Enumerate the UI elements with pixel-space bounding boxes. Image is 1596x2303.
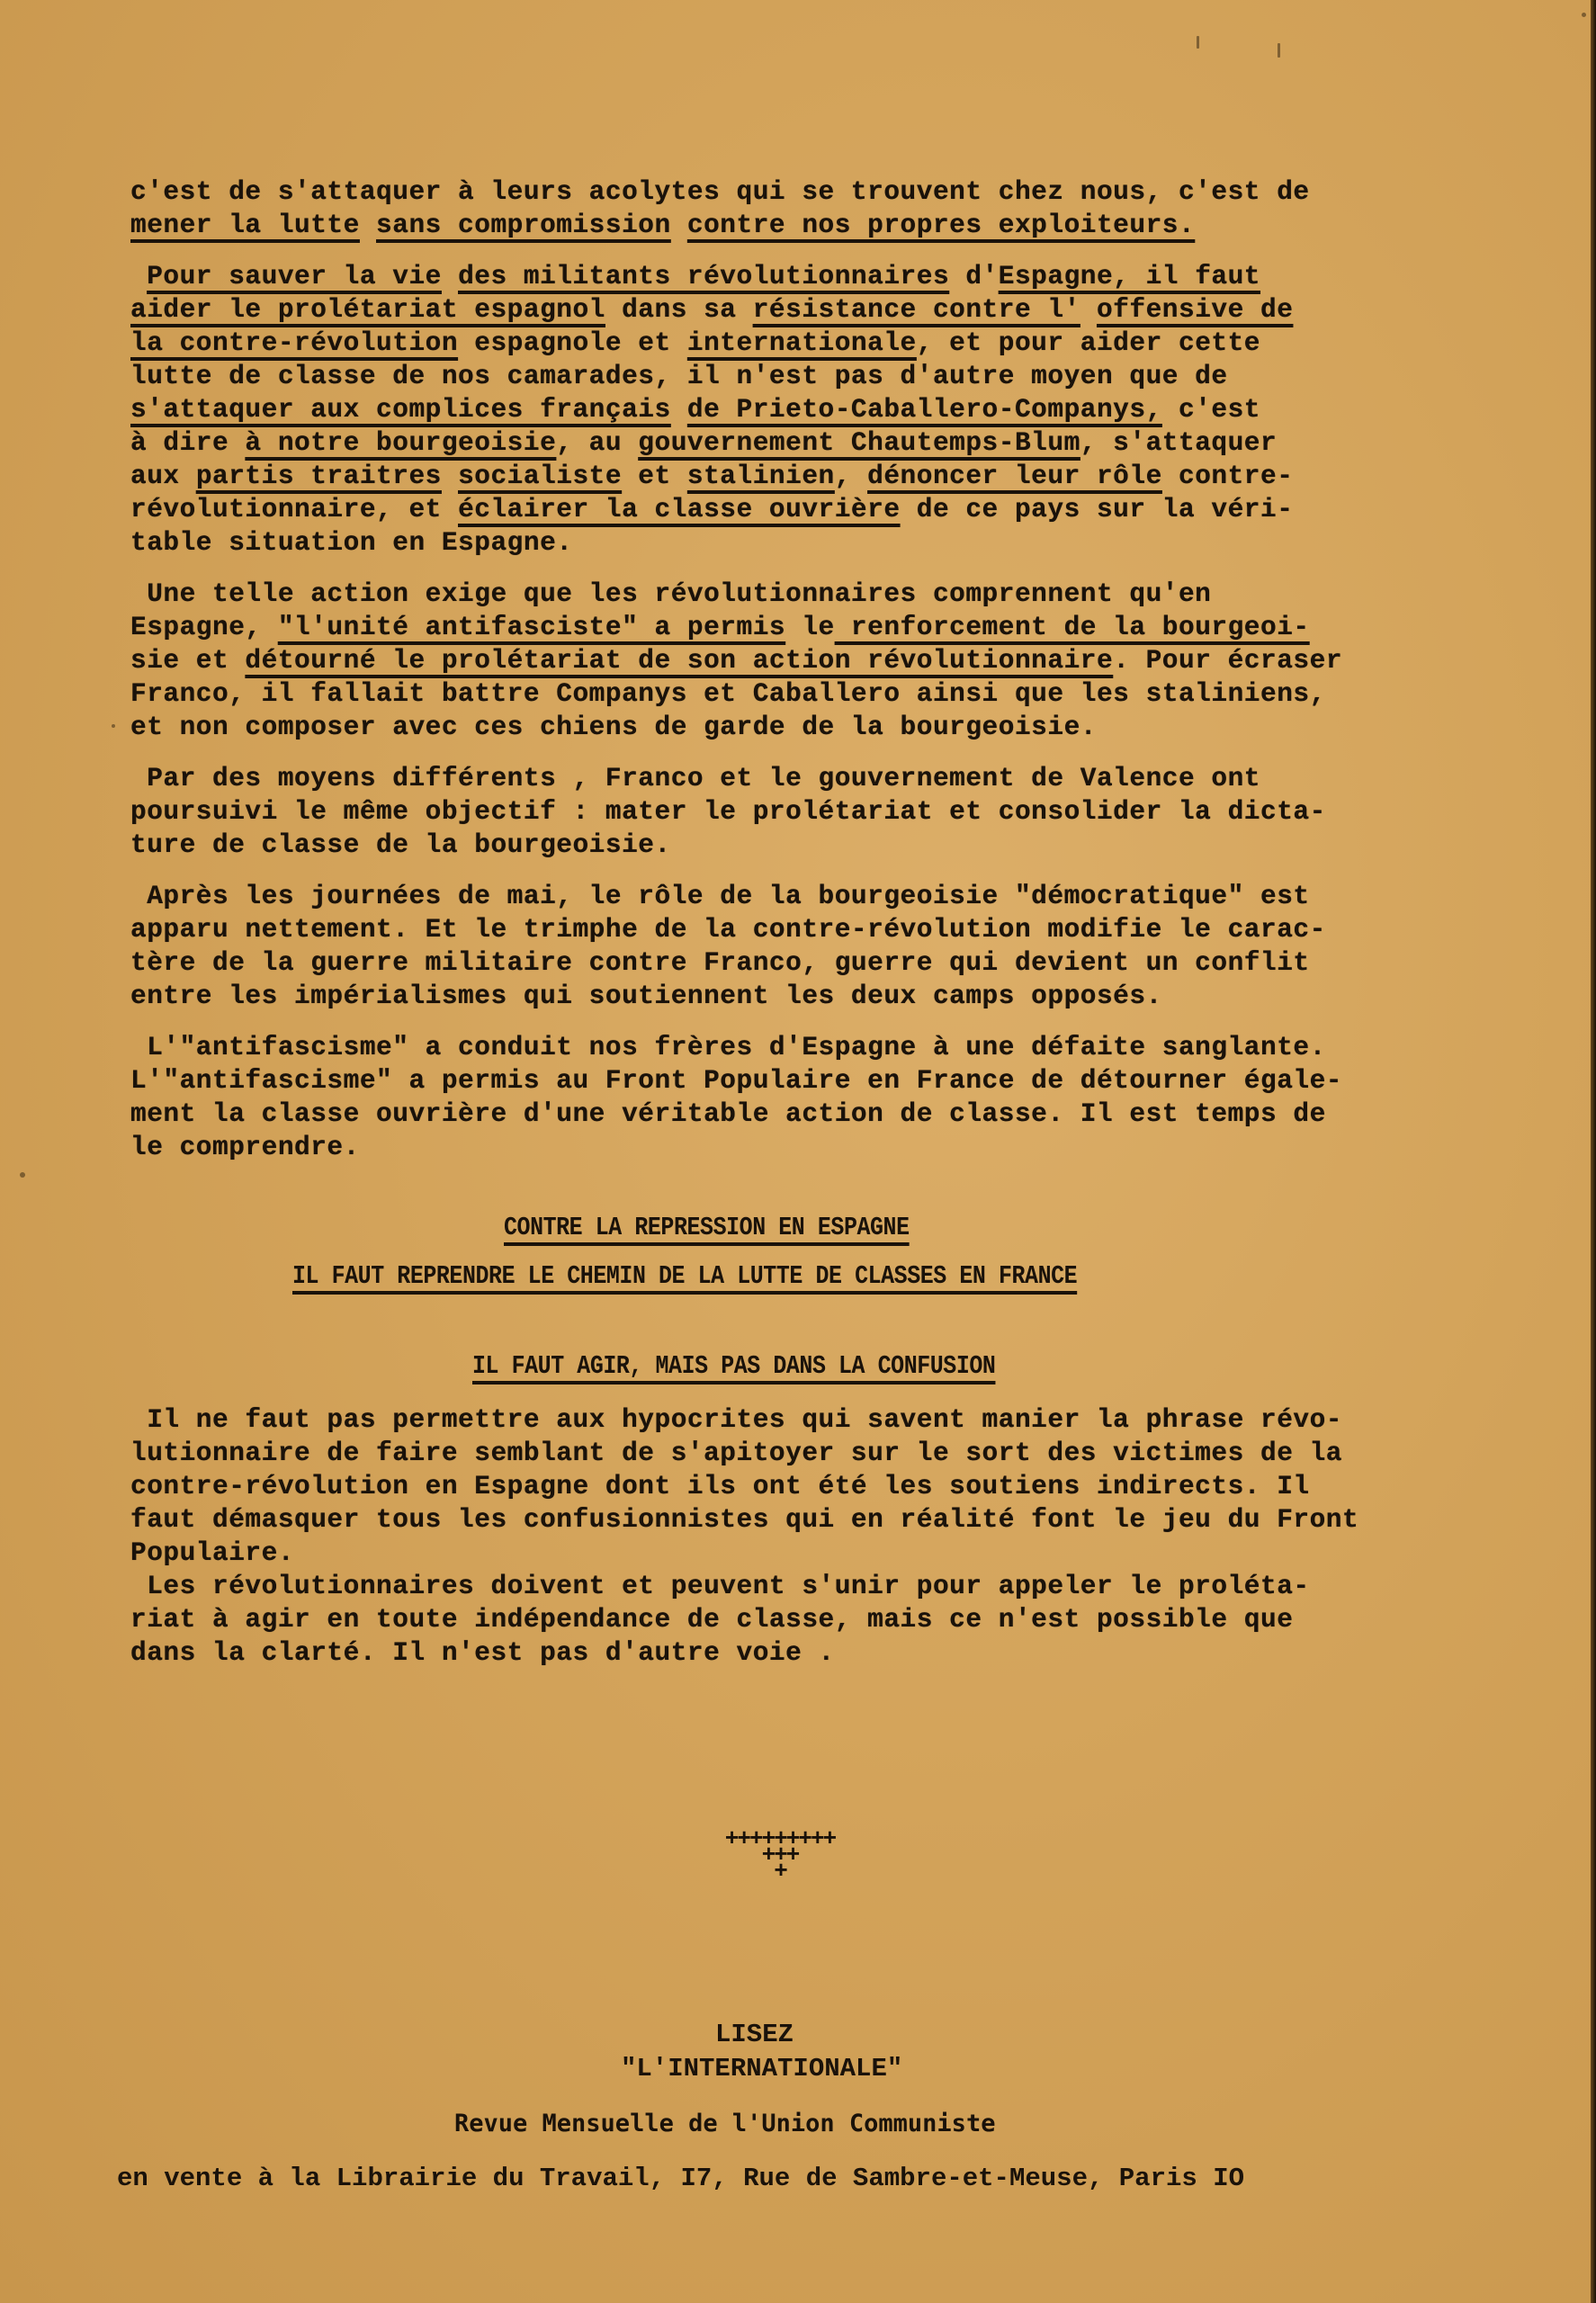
text-line: tère de la guerre militaire contre Franc… <box>130 946 1507 980</box>
text-line: Pour sauver la vie des militants révolut… <box>130 260 1507 293</box>
text-line: L'"antifascisme" a permis au Front Popul… <box>130 1064 1507 1098</box>
text-line: Populaire. <box>130 1537 1507 1570</box>
text-segment: poursuivi le même objectif : mater le pr… <box>130 796 1326 827</box>
text-line: s'attaquer aux complices français de Pri… <box>130 393 1507 426</box>
underlined-text: s'attaquer aux complices français <box>130 394 671 425</box>
text-line: Une telle action exige que les révolutio… <box>130 578 1507 611</box>
text-segment <box>1080 294 1097 325</box>
text-segment: dans sa <box>605 294 753 325</box>
footer-address: en vente à la Librairie du Travail, I7, … <box>117 2164 1244 2193</box>
text-line: lutte de classe de nos camarades, il n'e… <box>130 360 1507 393</box>
text-segment: le <box>785 612 835 642</box>
text-segment: , au <box>556 427 638 458</box>
text-segment <box>671 210 687 240</box>
closing-paragraph: Il ne faut pas permettre aux hypocrites … <box>130 1403 1507 1570</box>
text-line: lutionnaire de faire semblant de s'apito… <box>130 1437 1507 1470</box>
text-line: faut démasquer tous les confusionnistes … <box>130 1503 1507 1537</box>
underlined-text: "l'unité antifasciste" a permis <box>278 612 785 642</box>
text-segment: tère de la guerre militaire contre Franc… <box>130 947 1310 978</box>
text-line: riat à agir en toute indépendance de cla… <box>130 1603 1507 1636</box>
footer-journal-title: "L'INTERNATIONALE" <box>621 2054 902 2083</box>
underlined-text: sans compromission <box>376 210 671 240</box>
closing-paragraph: Les révolutionnaires doivent et peuvent … <box>130 1570 1507 1670</box>
text-line: ture de classe de la bourgeoisie. <box>130 829 1507 862</box>
text-segment: L'"antifascisme" a permis au Front Popul… <box>130 1065 1342 1096</box>
paper-speck <box>20 1172 25 1178</box>
underlined-text: contre nos propres exploiteurs. <box>687 210 1195 240</box>
underlined-text: détourné le prolétariat de son action ré… <box>245 645 1113 676</box>
text-segment <box>360 210 376 240</box>
paragraph: L'"antifascisme" a conduit nos frères d'… <box>130 1031 1507 1164</box>
text-segment: Par des moyens différents , Franco et le… <box>130 763 1260 793</box>
text-line: entre les impérialismes qui soutiennent … <box>130 980 1507 1013</box>
text-segment: lutte de classe de nos camarades, il n'e… <box>130 361 1228 391</box>
text-segment <box>442 461 458 491</box>
text-segment <box>671 394 687 425</box>
text-segment: apparu nettement. Et le trimphe de la co… <box>130 914 1326 945</box>
text-segment: aux <box>130 461 196 491</box>
text-segment: c'est <box>1162 394 1260 425</box>
footer-lisez: LISEZ <box>715 2020 794 2049</box>
text-line: c'est de s'attaquer à leurs acolytes qui… <box>130 175 1507 209</box>
text-segment: contre- <box>1162 461 1294 491</box>
text-line: aider le prolétariat espagnol dans sa ré… <box>130 293 1507 327</box>
text-line: Espagne, "l'unité antifasciste" a permis… <box>130 611 1507 644</box>
text-line: Il ne faut pas permettre aux hypocrites … <box>130 1403 1507 1437</box>
text-segment: c'est de s'attaquer à leurs acolytes qui… <box>130 176 1310 207</box>
underlined-text: Pour sauver la vie <box>147 261 442 291</box>
text-line: la contre-révolution espagnole et intern… <box>130 327 1507 360</box>
ornament-row-3: + <box>695 1863 865 1879</box>
text-line: Après les journées de mai, le rôle de la… <box>130 880 1507 913</box>
text-line: mener la lutte sans compromission contre… <box>130 209 1507 242</box>
text-segment <box>442 261 458 291</box>
text-segment: entre les impérialismes qui soutiennent … <box>130 981 1162 1011</box>
text-segment: , <box>835 461 867 491</box>
underlined-text: offensive de <box>1097 294 1293 325</box>
text-segment: sie et <box>130 645 245 676</box>
text-segment: table situation en Espagne. <box>130 527 572 558</box>
text-segment: Franco, il fallait battre Companys et Ca… <box>130 678 1326 709</box>
closing-text: Il ne faut pas permettre aux hypocrites … <box>130 1403 1507 1670</box>
text-line: apparu nettement. Et le trimphe de la co… <box>130 913 1507 946</box>
underlined-text: partis traitres <box>196 461 442 491</box>
underlined-text: la contre-révolution <box>130 327 458 358</box>
paper-speck <box>112 724 115 728</box>
paragraph: Par des moyens différents , Franco et le… <box>130 762 1507 862</box>
text-segment: , s'attaquer <box>1080 427 1277 458</box>
text-line: table situation en Espagne. <box>130 526 1507 560</box>
text-segment: Une telle action exige que les révolutio… <box>130 578 1211 609</box>
underlined-text: renforcement de la bourgeoi- <box>835 612 1310 642</box>
text-segment: de ce pays sur la véri- <box>901 494 1294 524</box>
text-line: L'"antifascisme" a conduit nos frères d'… <box>130 1031 1507 1064</box>
paper-speck <box>1278 43 1280 58</box>
text-line: Les révolutionnaires doivent et peuvent … <box>130 1570 1507 1603</box>
underlined-text: éclairer la classe ouvrière <box>458 494 900 524</box>
text-segment: ment la classe ouvrière d'une véritable … <box>130 1098 1326 1129</box>
paragraph: Après les journées de mai, le rôle de la… <box>130 880 1507 1013</box>
underlined-text: gouvernement Chautemps-Blum <box>638 427 1080 458</box>
text-segment: et non composer avec ces chiens de garde… <box>130 712 1097 742</box>
text-line: contre-révolution en Espagne dont ils on… <box>130 1470 1507 1503</box>
text-segment: à dire <box>130 427 245 458</box>
paper-speck <box>1582 13 1586 17</box>
cross-ornament: +++++++++ +++ + <box>695 1831 865 1879</box>
text-segment: Espagne, <box>130 612 278 642</box>
underlined-text: Espagne, il faut <box>999 261 1260 291</box>
text-segment: révolutionnaire, et <box>130 494 458 524</box>
paper-speck <box>1197 36 1199 49</box>
underlined-text: aider le prolétariat espagnol <box>130 294 605 325</box>
text-line: sie et détourné le prolétariat de son ac… <box>130 644 1507 677</box>
section-heading: IL FAUT REPRENDRE LE CHEMIN DE LA LUTTE … <box>292 1261 1077 1291</box>
underlined-text: mener la lutte <box>130 210 360 240</box>
text-line: à dire à notre bourgeoisie, au gouvernem… <box>130 426 1507 460</box>
text-line: aux partis traitres socialiste et stalin… <box>130 460 1507 493</box>
section-heading: IL FAUT AGIR, MAIS PAS DANS LA CONFUSION <box>472 1351 995 1381</box>
paper-edge <box>1591 0 1596 2303</box>
text-segment: espagnole et <box>458 327 687 358</box>
text-line: Franco, il fallait battre Companys et Ca… <box>130 677 1507 711</box>
footer-subtitle: Revue Mensuelle de l'Union Communiste <box>454 2110 995 2137</box>
text-segment: L'"antifascisme" a conduit nos frères d'… <box>130 1032 1326 1062</box>
underlined-text: résistance contre l' <box>753 294 1080 325</box>
underlined-text: internationale <box>687 327 917 358</box>
underlined-text: des militants révolutionnaires <box>458 261 949 291</box>
text-segment: Après les journées de mai, le rôle de la… <box>130 881 1310 911</box>
paragraph: c'est de s'attaquer à leurs acolytes qui… <box>130 175 1507 242</box>
text-segment <box>130 261 147 291</box>
text-segment: ture de classe de la bourgeoisie. <box>130 829 671 860</box>
section-heading: CONTRE LA REPRESSION EN ESPAGNE <box>504 1213 910 1242</box>
text-segment: et <box>622 461 687 491</box>
text-segment: d' <box>949 261 999 291</box>
underlined-text: à notre bourgeoisie <box>245 427 556 458</box>
text-line: ment la classe ouvrière d'une véritable … <box>130 1098 1507 1131</box>
text-line: révolutionnaire, et éclairer la classe o… <box>130 493 1507 526</box>
text-line: le comprendre. <box>130 1131 1507 1164</box>
text-line: et non composer avec ces chiens de garde… <box>130 711 1507 744</box>
underlined-text: dénoncer leur rôle <box>867 461 1162 491</box>
underlined-text: stalinien <box>687 461 835 491</box>
text-line: Par des moyens différents , Franco et le… <box>130 762 1507 795</box>
text-line: dans la clarté. Il n'est pas d'autre voi… <box>130 1636 1507 1670</box>
underlined-text: de Prieto-Caballero-Companys, <box>687 394 1162 425</box>
text-line: poursuivi le même objectif : mater le pr… <box>130 795 1507 829</box>
text-segment: . Pour écraser <box>1113 645 1342 676</box>
document-body: c'est de s'attaquer à leurs acolytes qui… <box>130 175 1507 1182</box>
text-segment: , et pour aider cette <box>917 327 1260 358</box>
paragraph: Une telle action exige que les révolutio… <box>130 578 1507 744</box>
underlined-text: socialiste <box>458 461 622 491</box>
text-segment: le comprendre. <box>130 1132 360 1162</box>
paragraph: Pour sauver la vie des militants révolut… <box>130 260 1507 560</box>
